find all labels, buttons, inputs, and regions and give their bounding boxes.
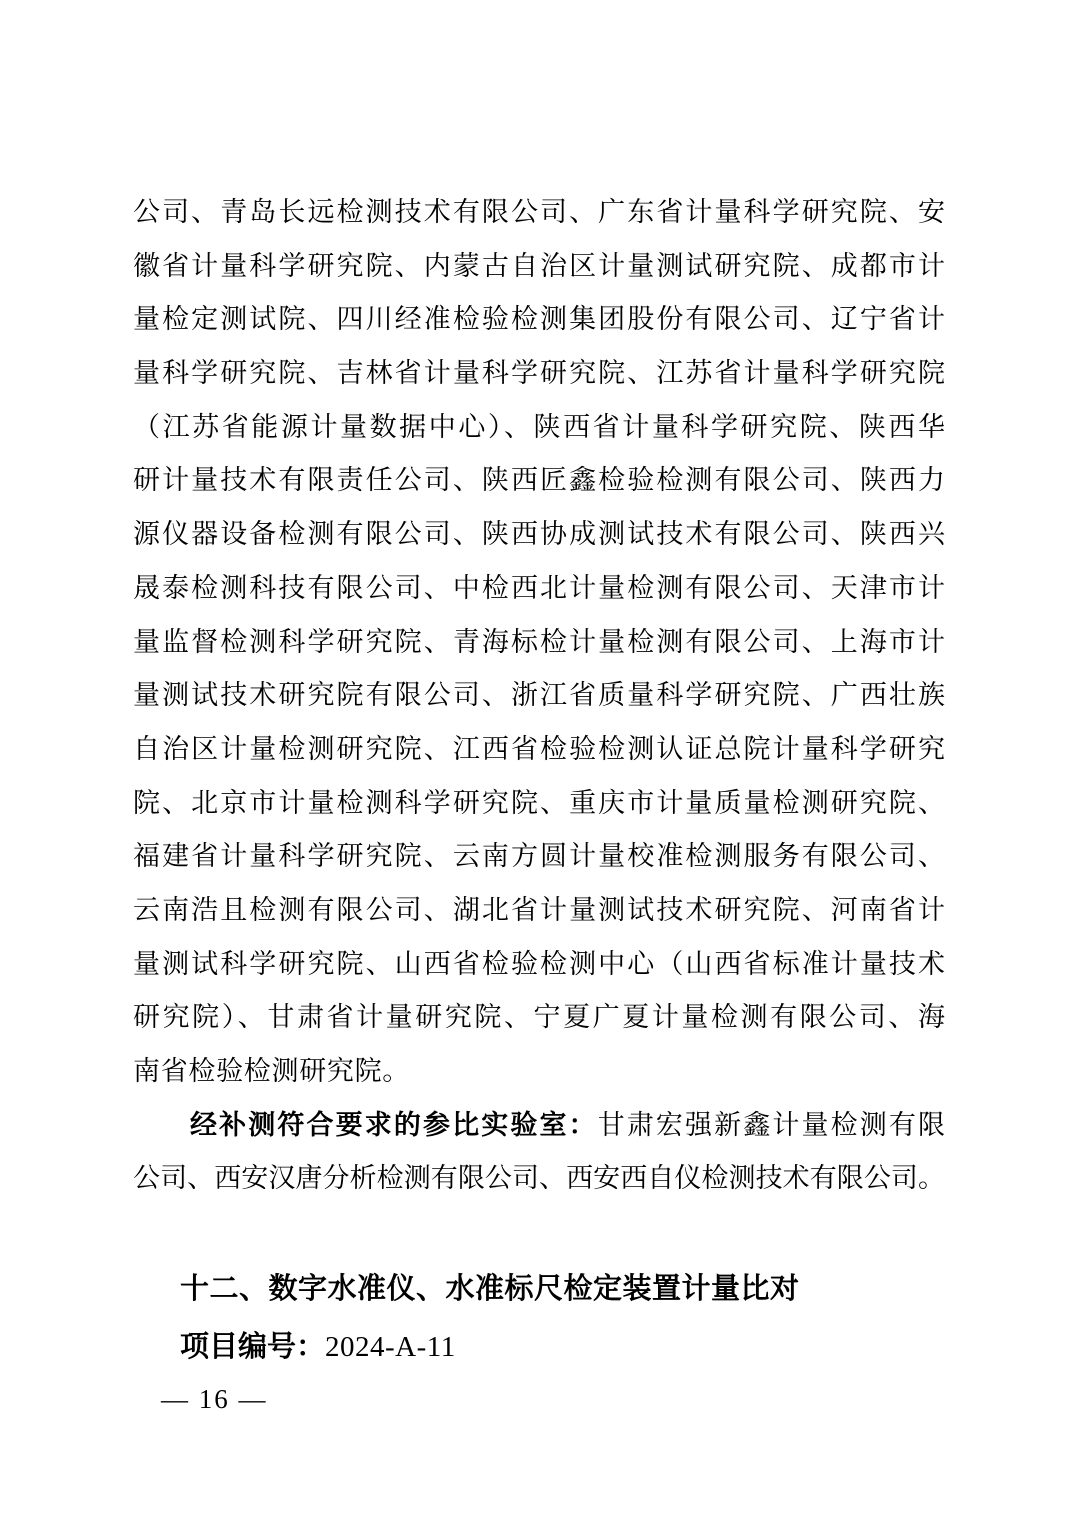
project-number-label: 项目编号：: [180, 1331, 325, 1363]
project-number-value: 2024-A-11: [325, 1331, 456, 1363]
section-heading: 十二、数字水准仪、水准标尺检定装置计量比对: [133, 1262, 1040, 1316]
project-number-line: 项目编号：2024-A-11: [133, 1320, 456, 1374]
paragraph-line: 量测试科学研究院、山西省检验检测中心（山西省标准计量技术: [133, 938, 945, 992]
paragraph-line: 院、北京市计量检测科学研究院、重庆市计量质量检测研究院、: [133, 777, 945, 831]
page-number-footer: — 16 —: [161, 1384, 268, 1415]
document-page: 公司、青岛长远检测技术有限公司、广东省计量科学研究院、安 徽省计量科学研究院、内…: [0, 0, 1080, 1527]
paragraph-end-line: 公司、西安汉唐分析检测有限公司、西安西自仪检测技术有限公司。: [133, 1152, 945, 1206]
paragraph-line: 徽省计量科学研究院、内蒙古自治区计量测试研究院、成都市计: [133, 240, 945, 294]
paragraph-line: 经补测符合要求的参比实验室：甘肃宏强新鑫计量检测有限: [133, 1099, 945, 1153]
paragraph-line: 晟泰检测科技有限公司、中检西北计量检测有限公司、天津市计: [133, 562, 945, 616]
paragraph-line: 研究院）、甘肃省计量研究院、宁夏广夏计量检测有限公司、海: [133, 991, 945, 1045]
paragraph-line: 量测试技术研究院有限公司、浙江省质量科学研究院、广西壮族: [133, 669, 945, 723]
paragraph-line: 量检定测试院、四川经准检验检测集团股份有限公司、辽宁省计: [133, 293, 945, 347]
paragraph-line: 自治区计量检测研究院、江西省检验检测认证总院计量科学研究: [133, 723, 945, 777]
paragraph-line: 量科学研究院、吉林省计量科学研究院、江苏省计量科学研究院: [133, 347, 945, 401]
paragraph-line: （江苏省能源计量数据中心）、陕西省计量科学研究院、陕西华: [133, 401, 945, 455]
paragraph-line: 公司、青岛长远检测技术有限公司、广东省计量科学研究院、安: [133, 186, 945, 240]
paragraph-end-line: 南省检验检测研究院。: [133, 1045, 945, 1099]
paragraph-line: 云南浩且检测有限公司、湖北省计量测试技术研究院、河南省计: [133, 884, 945, 938]
paragraph-line: 福建省计量科学研究院、云南方圆计量校准检测服务有限公司、: [133, 830, 945, 884]
paragraph-line: 研计量技术有限责任公司、陕西匠鑫检验检测有限公司、陕西力: [133, 454, 945, 508]
paragraph-line: 源仪器设备检测有限公司、陕西协成测试技术有限公司、陕西兴: [133, 508, 945, 562]
body-text-block: 公司、青岛长远检测技术有限公司、广东省计量科学研究院、安 徽省计量科学研究院、内…: [133, 186, 945, 1206]
paragraph-bold-lead: 经补测符合要求的参比实验室：: [190, 1110, 598, 1140]
paragraph-line: 量监督检测科学研究院、青海标检计量检测有限公司、上海市计: [133, 616, 945, 670]
paragraph-line-text: 甘肃宏强新鑫计量检测有限: [598, 1110, 945, 1140]
